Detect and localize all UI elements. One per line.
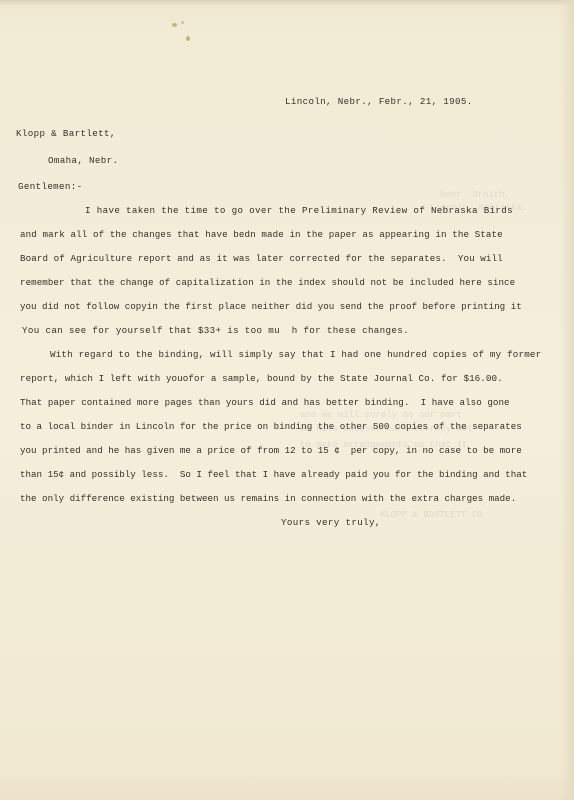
addressee-city: Omaha, Nebr. [48, 155, 118, 167]
paragraph-line: Board of Agriculture report and as it wa… [20, 253, 503, 265]
paper-stain [186, 36, 190, 41]
paragraph-line: You can see for yourself that $33+ is to… [22, 325, 409, 337]
dateline: Lincoln, Nebr., Febr., 21, 1905. [285, 96, 473, 108]
paragraph-line: the only difference existing between us … [20, 493, 516, 505]
paper-stain [181, 21, 184, 24]
paragraph-line: you did not follow copyin the first plac… [20, 301, 522, 313]
paragraph-line: than 15¢ and possibly less. So I feel th… [20, 469, 527, 481]
paragraph-line: I have taken the time to go over the Pre… [85, 205, 513, 217]
paragraph-line: remember that the change of capitalizati… [20, 277, 515, 289]
paper-stain [172, 23, 177, 27]
bleed-through-text: and we will surely do our part [300, 410, 462, 420]
paragraph-line: you printed and he has given me a price … [20, 445, 522, 457]
paragraph-line: and mark all of the changes that have be… [20, 229, 503, 241]
closing: Yours very truly, [281, 517, 381, 529]
salutation: Gentlemen:- [18, 181, 83, 193]
bleed-through-text: KLOPP & BARTLETT CO [380, 510, 483, 520]
paragraph-line: With regard to the binding, will simply … [50, 349, 541, 361]
letter-page: Nebr Ornith, Lincoln, Nebraska. and we w… [0, 0, 574, 800]
paragraph-line: report, which I left with youofor a samp… [20, 373, 503, 385]
paragraph-line: to a local binder in Lincoln for the pri… [20, 421, 522, 433]
addressee-name: Klopp & Bartlett, [16, 128, 116, 140]
bleed-through-text: Nebr Ornith, [440, 190, 510, 200]
paragraph-line: That paper contained more pages than you… [20, 397, 510, 409]
